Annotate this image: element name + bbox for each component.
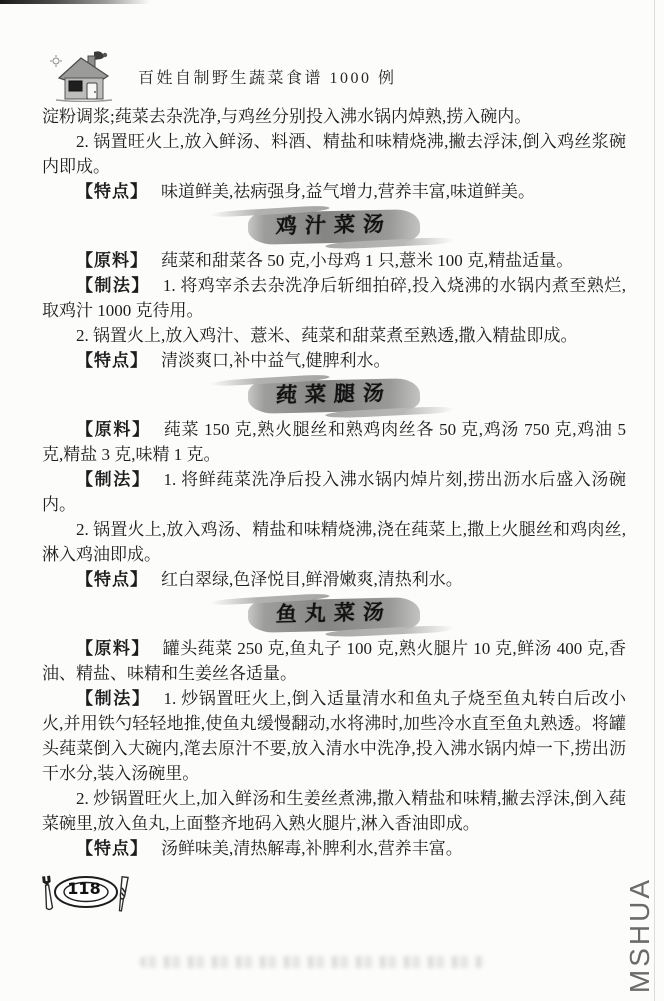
- method-label: 【制法】: [76, 276, 150, 295]
- brush-stroke: 鸡汁菜汤: [248, 209, 421, 245]
- intro-feature-paragraph: 【特点】味道鲜美,祛病强身,益气增力,营养丰富,味道鲜美。: [42, 179, 626, 204]
- page-number: 118: [58, 879, 110, 898]
- method-step2-paragraph: 2. 锅置火上,放入鸡汤、精盐和味精烧沸,浇在莼菜上,撒上火腿丝和鸡肉丝,淋入鸡…: [42, 517, 626, 567]
- recipe-title-banner: 鱼丸菜汤: [42, 599, 626, 631]
- house-icon: [48, 50, 120, 102]
- scan-artifact-top-strip: [0, 0, 150, 4]
- recipe-title: 莼菜腿汤: [275, 381, 392, 409]
- intro-step2-paragraph: 2. 锅置旺火上,放入鲜汤、料酒、精盐和味精烧沸,撇去浮沫,倒入鸡丝浆碗内即成。: [42, 129, 626, 179]
- ingredients-paragraph: 【原料】莼菜 150 克,熟火腿丝和熟鸡肉丝各 50 克,鸡汤 750 克,鸡油…: [42, 417, 626, 467]
- ingredients-paragraph: 【原料】罐头莼菜 250 克,鱼丸子 100 克,熟火腿片 10 克,鲜汤 40…: [42, 636, 626, 686]
- ingredients-label: 【原料】: [76, 420, 151, 439]
- feature-label: 【特点】: [76, 182, 148, 201]
- intro-continuation-text: 淀粉调浆;莼菜去杂洗净,与鸡丝分别投入沸水锅内焯熟,捞入碗内。: [42, 107, 531, 126]
- feature-label: 【特点】: [76, 351, 148, 370]
- method-step2-paragraph: 2. 炒锅置旺火上,加入鲜汤和生姜丝煮沸,撒入精盐和味精,撇去浮沫,倒入莼菜碗里…: [42, 786, 626, 836]
- feature-label: 【特点】: [76, 839, 148, 858]
- method-step2-paragraph: 2. 锅置火上,放入鸡汁、薏米、莼菜和甜菜煮至熟透,撒入精盐即成。: [42, 323, 626, 348]
- feature-label: 【特点】: [76, 570, 148, 589]
- print-bleedthrough-smudge: [140, 956, 485, 968]
- feature-text: 红白翠绿,色泽悦目,鲜滑嫩爽,清热利水。: [161, 570, 463, 589]
- watermark-text: MSHUA: [624, 877, 656, 993]
- page-footer: 118: [34, 868, 134, 920]
- feature-paragraph: 【特点】清淡爽口,补中益气,健脾利水。: [42, 348, 626, 373]
- scan-edge-line: [654, 0, 655, 1001]
- ingredients-label: 【原料】: [76, 251, 148, 270]
- method-step2-text: 2. 锅置火上,放入鸡汤、精盐和味精烧沸,浇在莼菜上,撒上火腿丝和鸡肉丝,淋入鸡…: [42, 520, 626, 564]
- feature-paragraph: 【特点】汤鲜味美,清热解毒,补脾利水,营养丰富。: [42, 836, 626, 861]
- page-body: 淀粉调浆;莼菜去杂洗净,与鸡丝分别投入沸水锅内焯熟,捞入碗内。 2. 锅置旺火上…: [42, 104, 626, 861]
- book-title: 百姓自制野生蔬菜食谱 1000 例: [138, 65, 397, 88]
- ingredients-paragraph: 【原料】莼菜和甜菜各 50 克,小母鸡 1 只,薏米 100 克,精盐适量。: [42, 248, 626, 273]
- recipe-title: 鱼丸菜汤: [275, 600, 392, 628]
- ingredients-text: 莼菜和甜菜各 50 克,小母鸡 1 只,薏米 100 克,精盐适量。: [161, 251, 573, 270]
- page-header: 百姓自制野生蔬菜食谱 1000 例: [48, 50, 608, 102]
- recipe-title-banner: 鸡汁菜汤: [42, 211, 626, 243]
- recipe-title-banner: 莼菜腿汤: [42, 380, 626, 412]
- method-paragraph: 【制法】1. 将鲜莼菜洗净后投入沸水锅内焯片刻,捞出沥水后盛入汤碗内。: [42, 467, 626, 517]
- method-step2-text: 2. 锅置火上,放入鸡汁、薏米、莼菜和甜菜煮至熟透,撒入精盐即成。: [76, 326, 578, 345]
- brush-stroke: 鱼丸菜汤: [248, 597, 421, 633]
- intro-step2-text: 2. 锅置旺火上,放入鲜汤、料酒、精盐和味精烧沸,撇去浮沫,倒入鸡丝浆碗内即成。: [42, 132, 626, 176]
- intro-continuation-paragraph: 淀粉调浆;莼菜去杂洗净,与鸡丝分别投入沸水锅内焯熟,捞入碗内。: [42, 104, 626, 129]
- method-step2-text: 2. 炒锅置旺火上,加入鲜汤和生姜丝煮沸,撒入精盐和味精,撇去浮沫,倒入莼菜碗里…: [42, 789, 626, 833]
- feature-paragraph: 【特点】红白翠绿,色泽悦目,鲜滑嫩爽,清热利水。: [42, 567, 626, 592]
- method-paragraph: 【制法】1. 炒锅置旺火上,倒入适量清水和鱼丸子烧至鱼丸转白后改小火,并用铁勺轻…: [42, 686, 626, 786]
- feature-text: 汤鲜味美,清热解毒,补脾利水,营养丰富。: [161, 839, 463, 858]
- ingredients-label: 【原料】: [76, 639, 150, 658]
- method-label: 【制法】: [76, 689, 151, 708]
- method-label: 【制法】: [76, 470, 151, 489]
- recipe-title: 鸡汁菜汤: [275, 212, 392, 240]
- method-paragraph: 【制法】1. 将鸡宰杀去杂洗净后斩细拍碎,投入烧沸的水锅内煮至熟烂,取鸡汁 10…: [42, 273, 626, 323]
- feature-text: 清淡爽口,补中益气,健脾利水。: [161, 351, 391, 370]
- brush-stroke: 莼菜腿汤: [248, 378, 421, 414]
- intro-feature-text: 味道鲜美,祛病强身,益气增力,营养丰富,味道鲜美。: [161, 182, 535, 201]
